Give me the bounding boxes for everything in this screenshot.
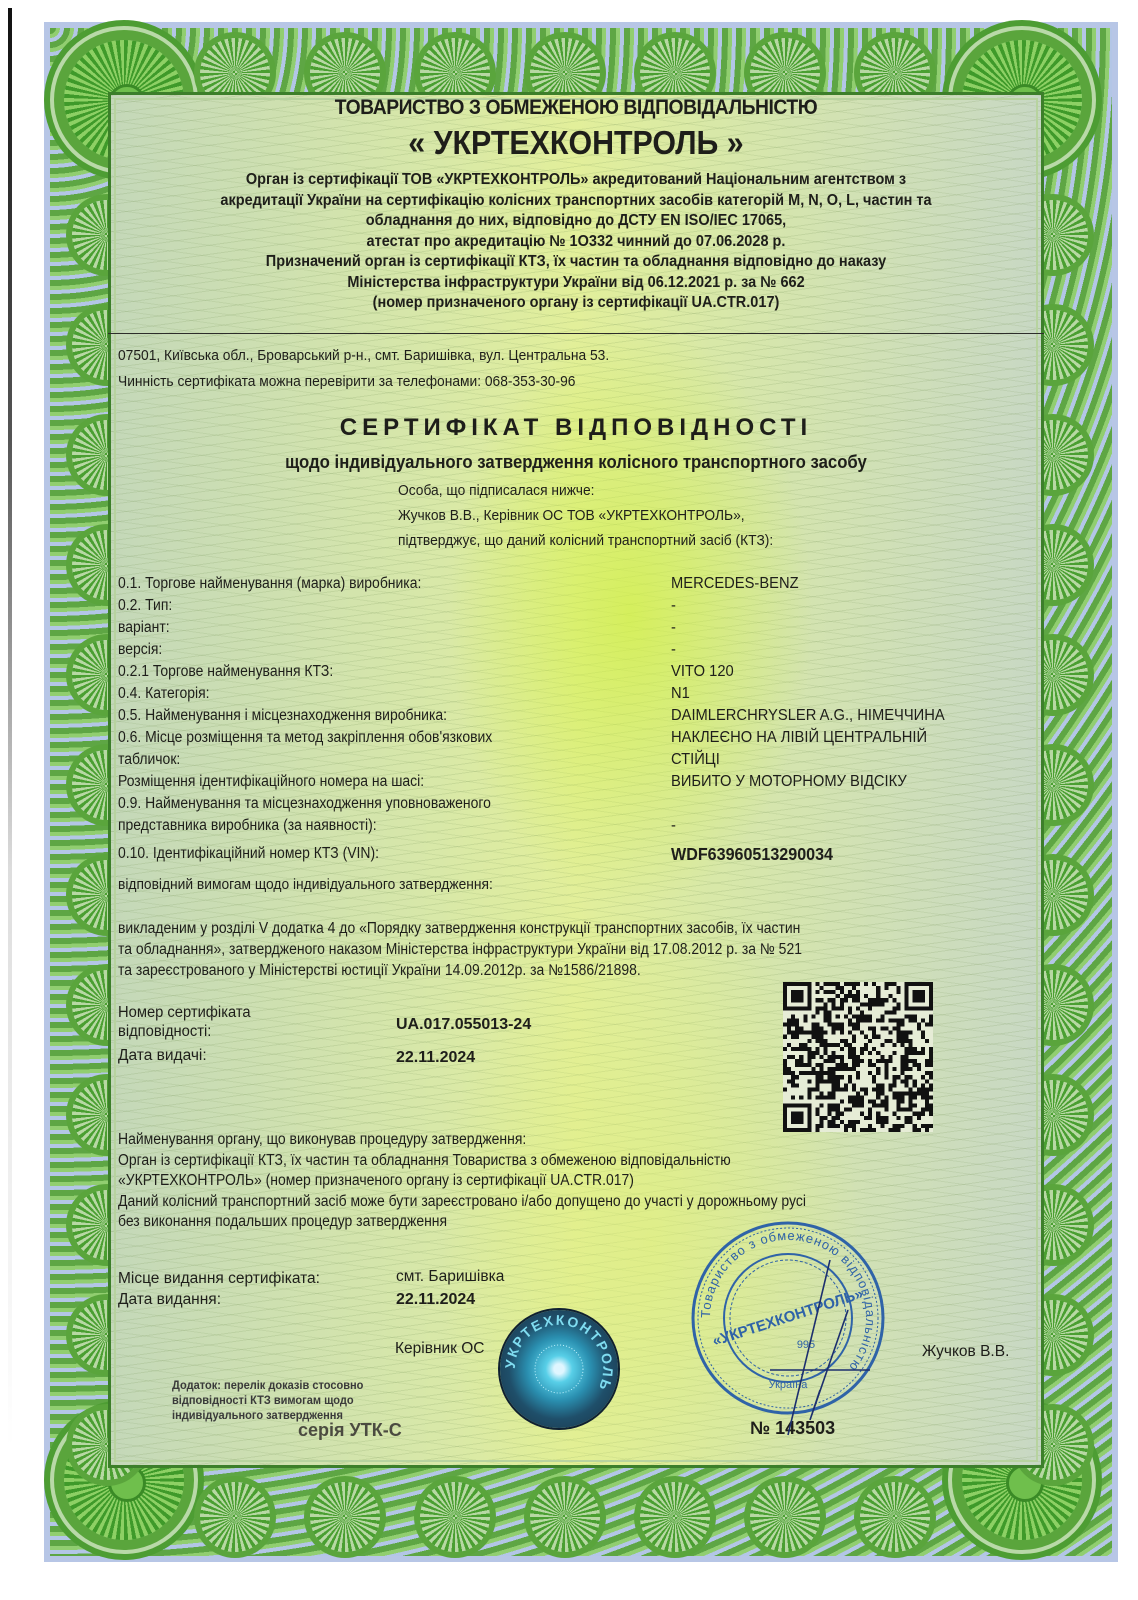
field-label: 0.10. Ідентифікаційний номер КТЗ (VIN): <box>118 843 586 865</box>
addendum-note: Додаток: перелік доказів стосовно відпов… <box>172 1378 363 1423</box>
field-row: 0.6. Місце розміщення та метод закріплен… <box>118 727 1038 749</box>
field-row: представника виробника (за наявності):- <box>118 815 1038 839</box>
border-rosette <box>860 1482 930 1552</box>
field-value: - <box>671 815 1039 837</box>
qr-code[interactable] <box>783 982 933 1132</box>
signer-name: Жучков В.В. <box>922 1343 1009 1361</box>
field-value: НАКЛЕЄНО НА ЛІВІЙ ЦЕНТРАЛЬНІЙ <box>671 727 1039 749</box>
field-value: DAIMLERCHRYSLER A.G., НІМЕЧЧИНА <box>671 705 1039 727</box>
signature-icon <box>770 1240 890 1440</box>
verify-phone: Чинність сертифіката можна перевірити за… <box>118 369 609 395</box>
border-rosette <box>750 1482 820 1552</box>
field-row: 0.2. Тип:- <box>118 595 1038 617</box>
cert-number: UA.017.055013-24 <box>396 1016 531 1034</box>
place-date-labels: Місце видання сертифіката: Дата видання: <box>118 1268 320 1310</box>
field-value: VITO 120 <box>671 661 1039 683</box>
field-label: 0.1. Торгове найменування (марка) виробн… <box>118 573 586 595</box>
field-row: 0.10. Ідентифікаційний номер КТЗ (VIN):W… <box>118 843 1038 865</box>
certificate-subtitle: щодо індивідуального затвердження колісн… <box>141 452 1011 473</box>
field-row: 0.4. Категорія:N1 <box>118 683 1038 705</box>
date-value: 22.11.2024 <box>396 1291 475 1309</box>
field-value: - <box>671 639 1039 661</box>
field-value: - <box>671 595 1039 617</box>
field-value: - <box>671 617 1039 639</box>
border-rosette <box>530 1482 600 1552</box>
field-label: 0.2. Тип: <box>118 595 586 617</box>
field-label: 0.2.1 Торгове найменування КТЗ: <box>118 661 586 683</box>
field-row: 0.2.1 Торгове найменування КТЗ:VITO 120 <box>118 661 1038 683</box>
field-label: 0.4. Категорія: <box>118 683 586 705</box>
date-label: Дата видання: <box>118 1289 320 1310</box>
head-label: Керівник ОС <box>395 1340 485 1358</box>
border-rosette <box>420 1482 490 1552</box>
border-rosette <box>200 1482 270 1552</box>
organization-header: ТОВАРИСТВО З ОБМЕЖЕНОЮ ВІДПОВІДАЛЬНІСТЮ … <box>108 96 1044 314</box>
cert-number-label: Номер сертифіката відповідності: <box>118 1003 258 1041</box>
hologram-seal-icon: УКРТЕХКОНТРОЛЬ <box>500 1310 618 1428</box>
organization-name: « УКРТЕХКОНТРОЛЬ » <box>145 124 1006 162</box>
field-label: табличок: <box>118 749 586 771</box>
accreditation-text: Орган із сертифікації ТОВ «УКРТЕХКОНТРОЛ… <box>141 170 1011 314</box>
field-label: варіант: <box>118 617 586 639</box>
field-row: 0.5. Найменування і місцезнаходження вир… <box>118 705 1038 727</box>
field-value: WDF63960513290034 <box>671 843 1039 865</box>
address: 07501, Київська обл., Броварський р-н., … <box>118 343 609 369</box>
field-row: варіант:- <box>118 617 1038 639</box>
series-label: серія УТК-С <box>298 1420 402 1441</box>
field-value: ВИБИТО У МОТОРНОМУ ВІДСІКУ <box>671 771 1039 793</box>
certificate-title: СЕРТИФІКАТ ВІДПОВІДНОСТІ <box>108 414 1044 442</box>
field-value: СТІЙЦІ <box>671 749 1039 771</box>
requirements-intro: відповідний вимогам щодо індивідуального… <box>118 876 493 893</box>
organization-contacts: 07501, Київська обл., Броварський р-н., … <box>118 343 609 395</box>
field-label: 0.6. Місце розміщення та метод закріплен… <box>118 727 586 749</box>
issue-date: 22.11.2024 <box>396 1049 475 1067</box>
svg-text:УКРТЕХКОНТРОЛЬ: УКРТЕХКОНТРОЛЬ <box>502 1312 617 1394</box>
legal-form: ТОВАРИСТВО З ОБМЕЖЕНОЮ ВІДПОВІДАЛЬНІСТЮ <box>145 96 1006 120</box>
field-value: MERCEDES-BENZ <box>671 573 1039 595</box>
field-label: версія: <box>118 639 586 661</box>
requirements-text: викладеним у розділі V додатка 4 до «Пор… <box>118 918 802 981</box>
field-row: 0.9. Найменування та місцезнаходження уп… <box>118 793 1038 815</box>
field-label: 0.9. Найменування та місцезнаходження уп… <box>118 793 586 815</box>
border-rosette <box>640 1482 710 1552</box>
field-row: версія:- <box>118 639 1038 661</box>
field-label: представника виробника (за наявності): <box>118 815 586 837</box>
field-label: Розміщення ідентифікаційного номера на ш… <box>118 771 586 793</box>
signer-statement: Особа, що підписалася нижче: Жучков В.В.… <box>398 478 773 553</box>
field-label: 0.5. Найменування і місцезнаходження вир… <box>118 705 586 727</box>
scan-edge <box>8 8 12 1448</box>
field-value: N1 <box>671 683 1039 705</box>
field-row: табличок:СТІЙЦІ <box>118 749 1038 771</box>
issue-date-label: Дата видачі: <box>118 1047 207 1065</box>
border-rosette <box>310 1482 380 1552</box>
place-label: Місце видання сертифіката: <box>118 1268 320 1289</box>
header-divider <box>108 333 1044 334</box>
place-value: смт. Баришівка <box>396 1268 504 1286</box>
field-row: Розміщення ідентифікаційного номера на ш… <box>118 771 1038 793</box>
field-row: 0.1. Торгове найменування (марка) виробн… <box>118 573 1038 595</box>
vehicle-fields: 0.1. Торгове найменування (марка) виробн… <box>118 573 1038 865</box>
